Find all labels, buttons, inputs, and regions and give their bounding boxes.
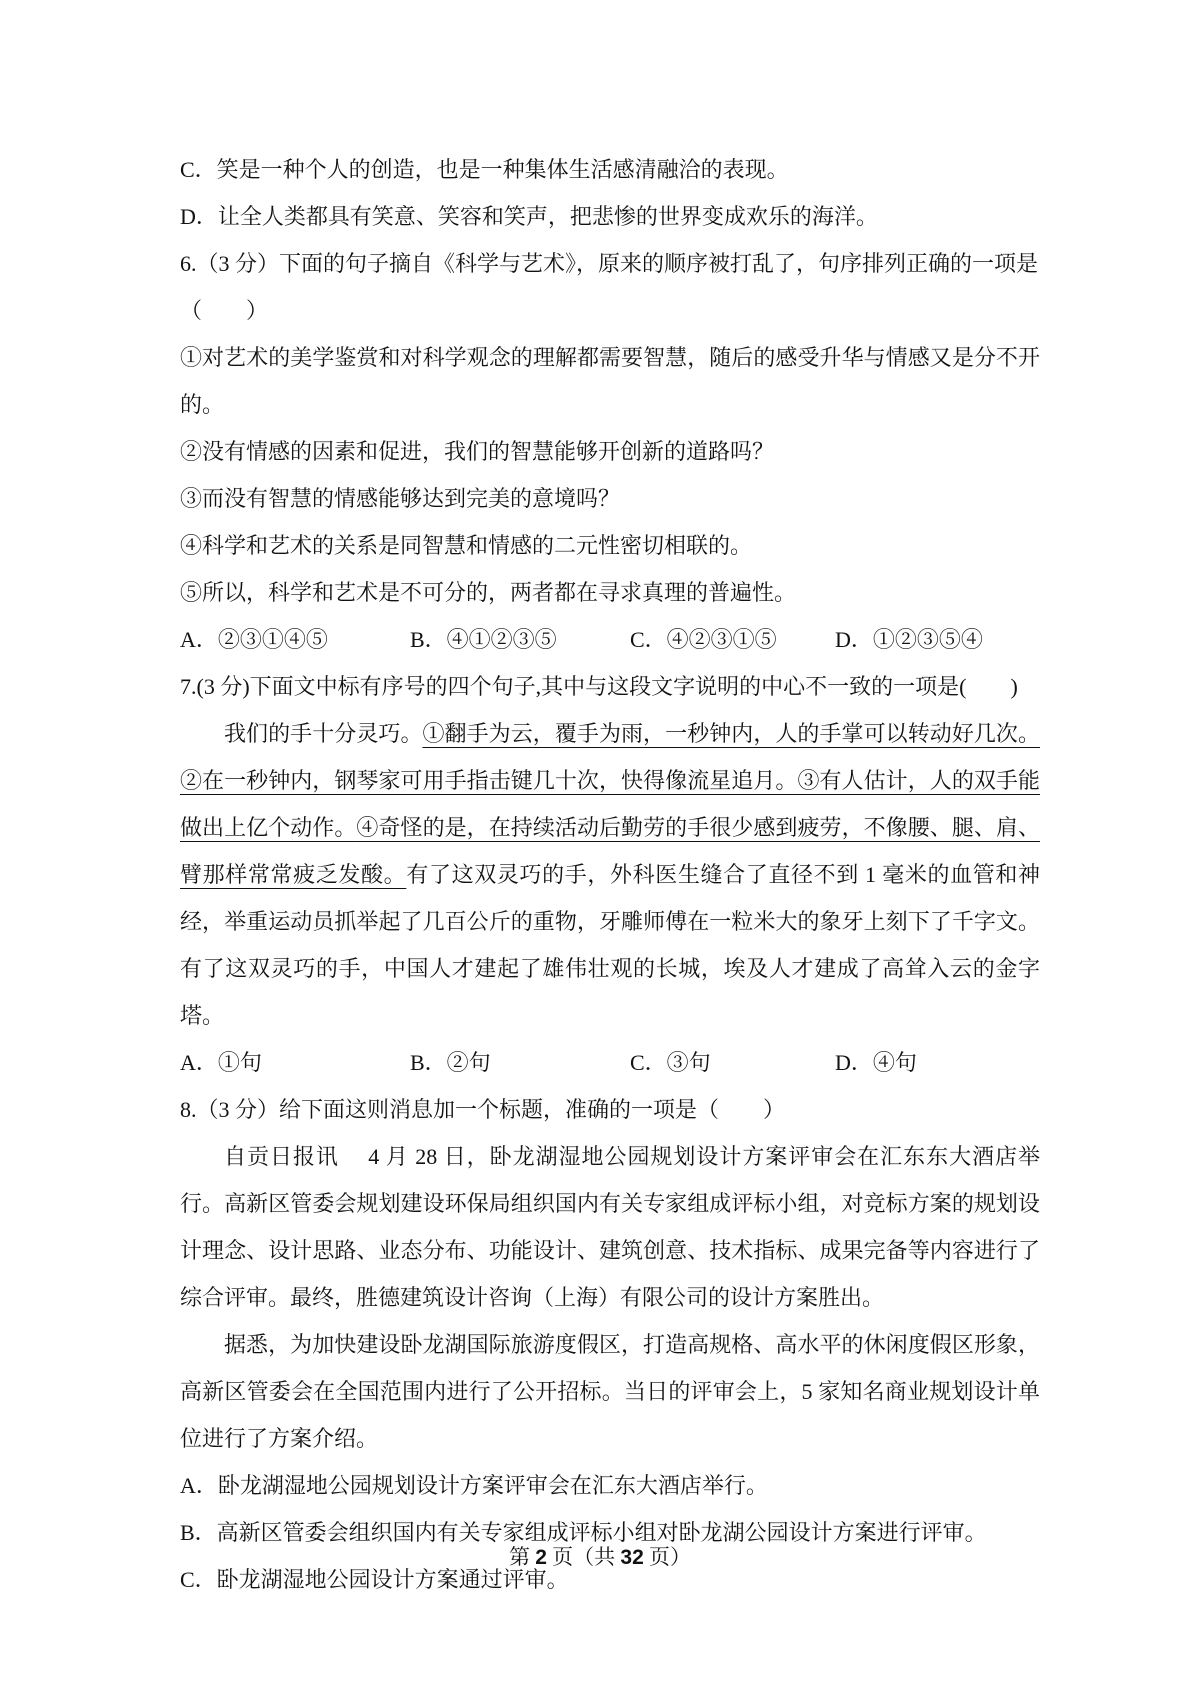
q6-sentence-4: ④科学和艺术的关系是同智慧和情感的二元性密切相联的。	[180, 522, 1040, 569]
q7-option-b: B．②句	[410, 1039, 630, 1086]
q5-option-d: D．让全人类都具有笑意、笑容和笑声，把悲惨的世界变成欢乐的海洋。	[180, 193, 1040, 240]
q5-option-c: C．笑是一种个人的创造，也是一种集体生活感清融洽的表现。	[180, 146, 1040, 193]
q7-option-d: D．④句	[835, 1039, 1040, 1086]
exam-document-page: { "prev_question_options": { "c": "C．笑是一…	[0, 0, 1200, 1698]
footer-mid: 页（共	[547, 1545, 621, 1569]
q6-sentence-5: ⑤所以，科学和艺术是不可分的，两者都在寻求真理的普遍性。	[180, 569, 1040, 616]
q6-sentence-1: ①对艺术的美学鉴赏和对科学观念的理解都需要智慧，随后的感受升华与情感又是分不开的…	[180, 334, 1040, 428]
q6-stem: 6.（3 分）下面的句子摘自《科学与艺术》，原来的顺序被打乱了，句序排列正确的一…	[180, 240, 1040, 287]
footer-prefix: 第	[509, 1545, 535, 1569]
q6-answer-blank: （ ）	[180, 287, 1040, 334]
q7-option-a: A．①句	[180, 1039, 410, 1086]
page-number: 2	[535, 1546, 547, 1569]
page-footer: 第 2 页（共 32 页）	[0, 1543, 1200, 1572]
q6-option-d: D．①②③⑤④	[835, 616, 1040, 663]
q8-option-a: A．卧龙湖湿地公园规划设计方案评审会在汇东大酒店举行。	[180, 1462, 1040, 1509]
q6-sentence-3: ③而没有智慧的情感能够达到完美的意境吗？	[180, 475, 1040, 522]
q7-stem: 7.(3 分)下面文中标有序号的四个句子,其中与这段文字说明的中心不一致的一项是…	[180, 663, 1040, 710]
q6-option-c: C．④②③①⑤	[630, 616, 835, 663]
q6-sentence-2: ②没有情感的因素和促进，我们的智慧能够开创新的道路吗？	[180, 428, 1040, 475]
total-pages: 32	[620, 1546, 643, 1569]
q8-stem: 8.（3 分）给下面这则消息加一个标题，准确的一项是（ ）	[180, 1086, 1040, 1133]
q7-underlined-sentence-2: ②在一秒钟内，钢琴家可用手指击键几十次，快得像流星追月。	[180, 768, 797, 793]
q6-option-a: A．②③①④⑤	[180, 616, 410, 663]
q7-passage: 我们的手十分灵巧。①翻手为云，覆手为雨，一秒钟内，人的手掌可以转动好几次。②在一…	[180, 710, 1040, 1039]
q7-passage-lead: 我们的手十分灵巧。	[224, 721, 423, 746]
page-content: C．笑是一种个人的创造，也是一种集体生活感清融洽的表现。 D．让全人类都具有笑意…	[180, 146, 1040, 1603]
q6-options-row: A．②③①④⑤ B．④①②③⑤ C．④②③①⑤ D．①②③⑤④	[180, 616, 1040, 663]
footer-suffix: 页）	[644, 1545, 691, 1569]
q8-news-paragraph-2: 据悉，为加快建设卧龙湖国际旅游度假区，打造高规格、高水平的休闲度假区形象，高新区…	[180, 1321, 1040, 1462]
q7-options-row: A．①句 B．②句 C．③句 D．④句	[180, 1039, 1040, 1086]
q7-underlined-sentence-1: ①翻手为云，覆手为雨，一秒钟内，人的手掌可以转动好几次。	[423, 721, 1040, 746]
q8-news-paragraph-1: 自贡日报讯 4 月 28 日，卧龙湖湿地公园规划设计方案评审会在汇东东大酒店举行…	[180, 1133, 1040, 1321]
q6-option-b: B．④①②③⑤	[410, 616, 630, 663]
q7-option-c: C．③句	[630, 1039, 835, 1086]
